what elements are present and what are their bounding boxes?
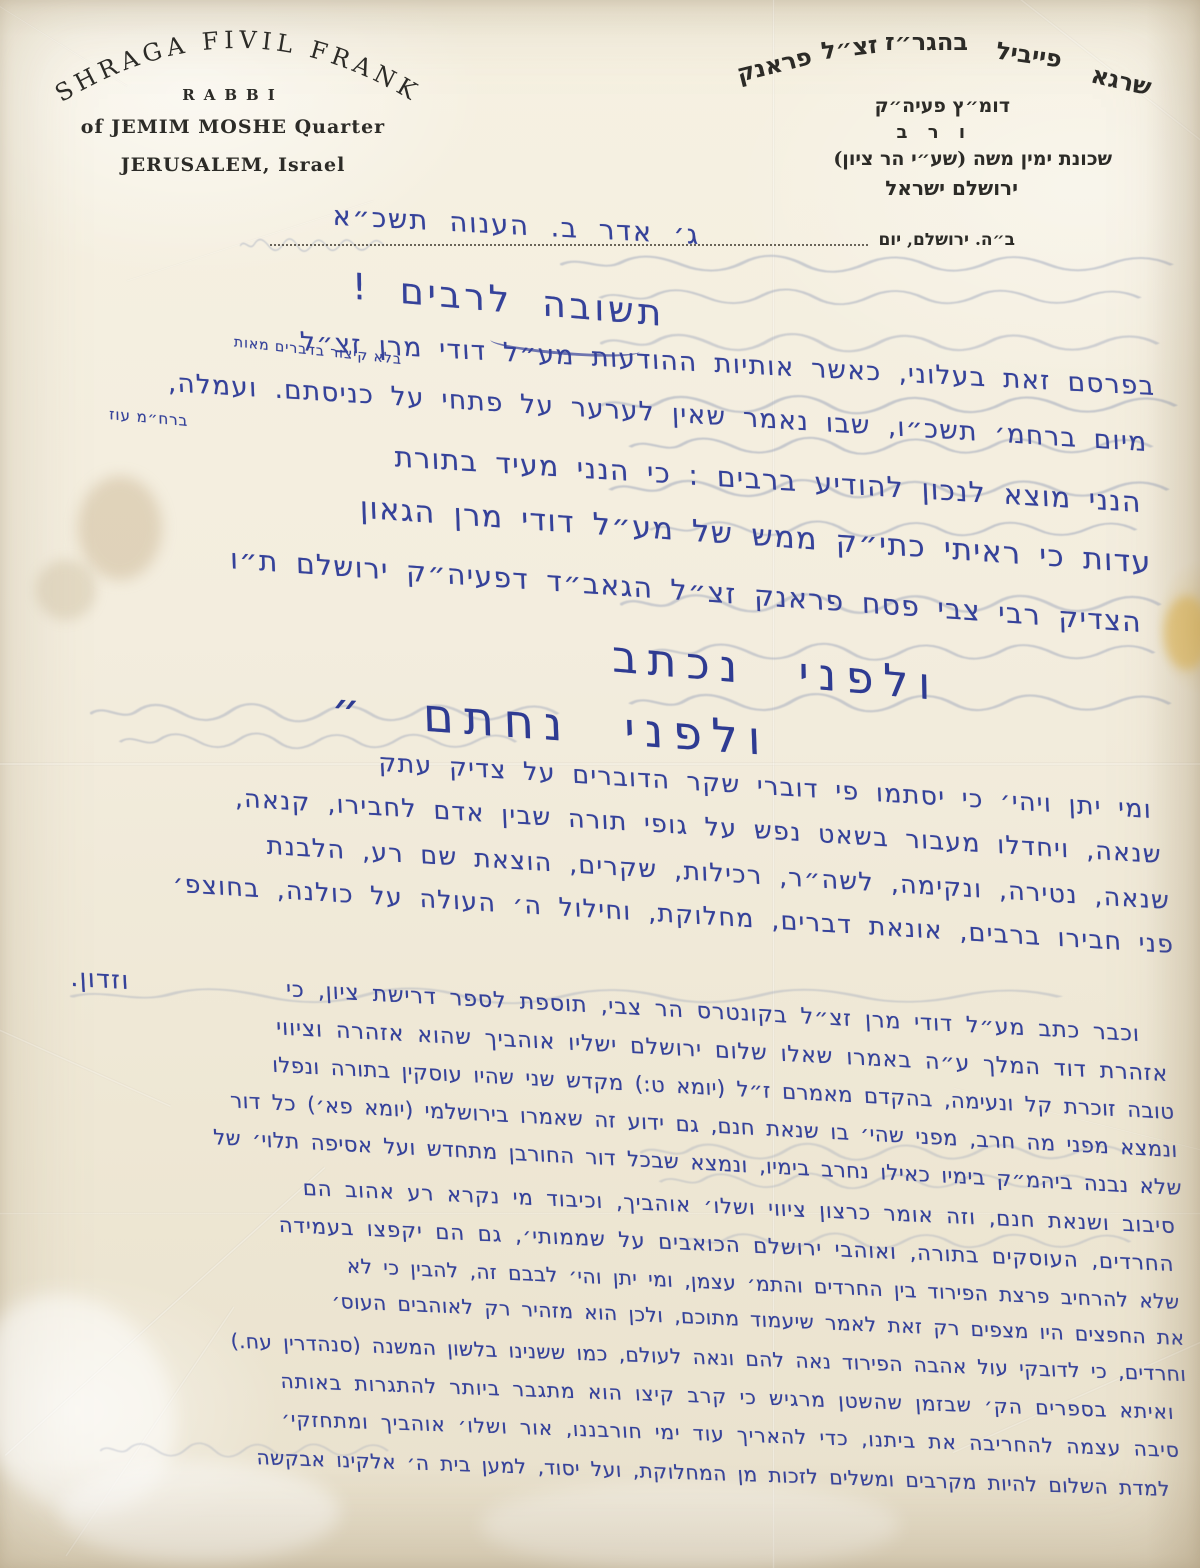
letter-scan-page: SHRAGA FIVIL FRANK RABBI of JEMIM MOSHE … [0,0,1200,1568]
paper-crumple-highlight [0,1258,215,1552]
letterhead-he-name-word-4: פראנק [733,41,814,88]
letterhead-en-quarter: of JEMIM MOSHE Quarter [28,116,438,138]
letterhead-he-name-word-3: זצ״ל [820,30,880,66]
letterhead-he-name-word-0: שרגא [1089,60,1155,102]
paper-crease [65,1306,235,1556]
letterhead-he-name-word-1: פייביל [994,36,1064,74]
paper-crumple-highlight [480,1480,900,1568]
letterhead-en-city: JERUSALEM, Israel [28,154,438,176]
letterhead-en-arch: SHRAGA FIVIL FRANK [28,22,448,122]
paper-crease [4,1167,326,1457]
handwritten-line-5: ולפני נכתב [612,631,941,711]
letterhead-he-address: שכונת ימין משה (שע״י הר ציון) [833,148,1112,170]
paper-crease [0,1015,171,1107]
paper-stain [36,560,96,620]
letterhead-he-city: ירושלם ישראל [885,176,1018,200]
letterhead-he-name-word-2: בהגר״ז [885,27,968,56]
handwritten-line-11: וזדון. [70,963,131,995]
paper-stain [1164,596,1200,670]
letterhead-he-rav: ו ר ב [896,122,972,143]
paper-stain [78,476,162,580]
letterhead-hebrew: שרגאפייבילבהגר״זזצ״לפראנק דומ״ץ פעיה״ק ו… [770,30,1200,210]
paper-crumple-highlight [60,1462,340,1562]
handwritten-heading: תשובה לרבים ! [352,267,666,336]
dateline-printed-text: ב״ה. ירושלם, יום [878,230,1015,250]
letterhead-en-title: RABBI [28,86,438,104]
handwritten-interlinear-note: ברח״מ עוז [109,405,188,430]
letterhead-english: SHRAGA FIVIL FRANK RABBI of JEMIM MOSHE … [28,22,438,212]
letterhead-he-position: דומ״ץ פעיה״ק [875,95,1010,117]
